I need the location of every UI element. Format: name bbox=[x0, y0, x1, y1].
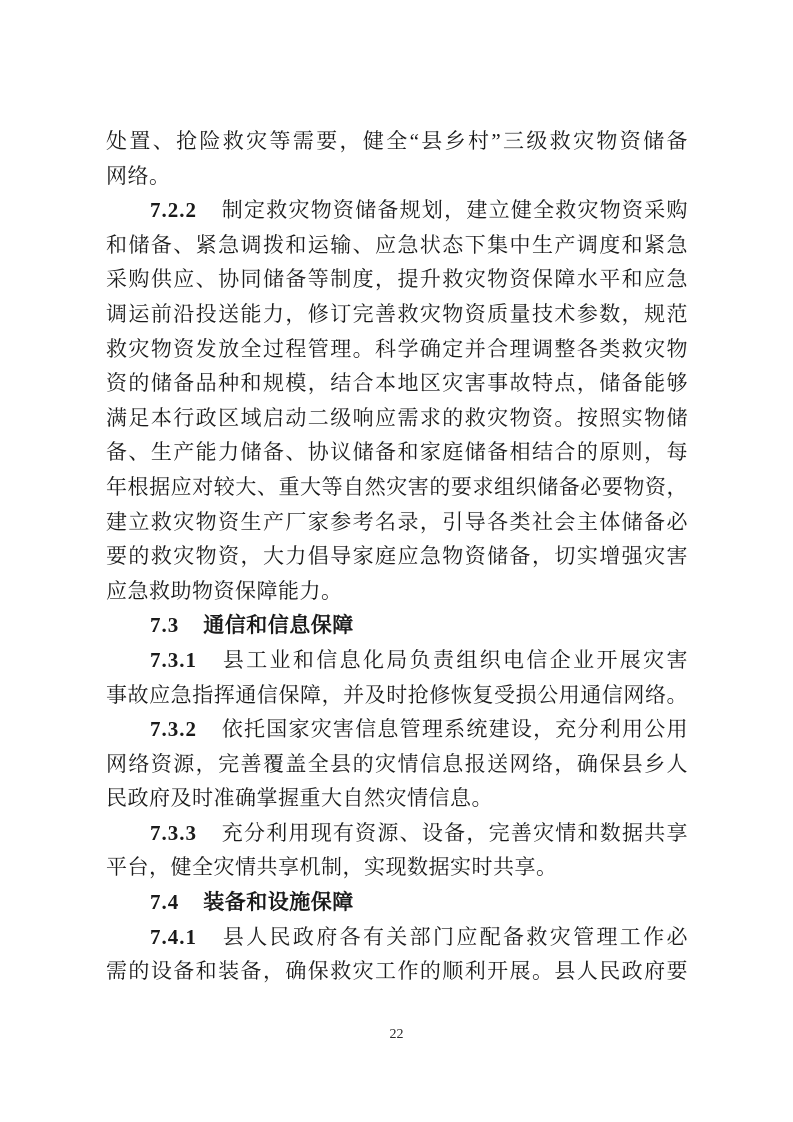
text-line: 7.3.2依托国家灾害信息管理系统建设，充分利用公用 bbox=[106, 712, 688, 747]
text-line: 建立救灾物资生产厂家参考名录，引导各类社会主体储备必 bbox=[106, 505, 688, 540]
text-line: 应急救助物资保障能力。 bbox=[106, 574, 688, 609]
line-text: 装备和设施保障 bbox=[203, 890, 354, 914]
text-line: 备、生产能力储备、协议储备和家庭储备相结合的原则，每 bbox=[106, 435, 688, 470]
text-line: 需的设备和装备，确保救灾工作的顺利开展。县人民政府要 bbox=[106, 954, 688, 989]
clause-number: 7.4 bbox=[150, 890, 179, 914]
text-line: 网络资源，完善覆盖全县的灾情信息报送网络，确保县乡人 bbox=[106, 747, 688, 782]
line-text: 年根据应对较大、重大等自然灾害的要求组织储备必要物资， bbox=[106, 475, 688, 499]
text-line: 要的救灾物资，大力倡导家庭应急物资储备，切实增强灾害 bbox=[106, 539, 688, 574]
text-line: 救灾物资发放全过程管理。科学确定并合理调整各类救灾物 bbox=[106, 332, 688, 367]
line-text: 资的储备品种和规模，结合本地区灾害事故特点，储备能够 bbox=[106, 371, 688, 395]
text-line: 年根据应对较大、重大等自然灾害的要求组织储备必要物资， bbox=[106, 470, 688, 505]
line-text: 民政府及时准确掌握重大自然灾情信息。 bbox=[106, 786, 493, 810]
text-line: 处置、抢险救灾等需要，健全“县乡村”三级救灾物资储备 bbox=[106, 124, 688, 159]
section-heading-line: 7.3通信和信息保障 bbox=[106, 608, 688, 643]
text-line: 满足本行政区域启动二级响应需求的救灾物资。按照实物储 bbox=[106, 401, 688, 436]
text-line: 调运前沿投送能力，修订完善救灾物资质量技术参数，规范 bbox=[106, 297, 688, 332]
page-number: 22 bbox=[0, 1027, 793, 1043]
text-line: 平台，健全灾情共享机制，实现数据实时共享。 bbox=[106, 850, 688, 885]
text-line: 事故应急指挥通信保障，并及时抢修恢复受损公用通信网络。 bbox=[106, 678, 688, 713]
line-text: 救灾物资发放全过程管理。科学确定并合理调整各类救灾物 bbox=[106, 337, 688, 361]
line-text: 平台，健全灾情共享机制，实现数据实时共享。 bbox=[106, 855, 558, 879]
clause-number: 7.3 bbox=[150, 613, 179, 637]
line-text: 需的设备和装备，确保救灾工作的顺利开展。县人民政府要 bbox=[106, 959, 688, 983]
line-text: 和储备、紧急调拨和运输、应急状态下集中生产调度和紧急 bbox=[106, 233, 688, 257]
line-text: 要的救灾物资，大力倡导家庭应急物资储备，切实增强灾害 bbox=[106, 544, 688, 568]
text-line: 采购供应、协同储备等制度，提升救灾物资保障水平和应急 bbox=[106, 262, 688, 297]
line-text: 依托国家灾害信息管理系统建设，充分利用公用 bbox=[221, 717, 688, 741]
clause-number: 7.2.2 bbox=[150, 198, 197, 222]
text-line: 7.3.3充分利用现有资源、设备，完善灾情和数据共享 bbox=[106, 816, 688, 851]
text-line: 网络。 bbox=[106, 159, 688, 194]
line-text: 县工业和信息化局负责组织电信企业开展灾害 bbox=[221, 648, 688, 672]
line-text: 应急救助物资保障能力。 bbox=[106, 579, 343, 603]
document-body: 处置、抢险救灾等需要，健全“县乡村”三级救灾物资储备网络。7.2.2制定救灾物资… bbox=[106, 124, 688, 989]
document-page: 处置、抢险救灾等需要，健全“县乡村”三级救灾物资储备网络。7.2.2制定救灾物资… bbox=[0, 0, 793, 1122]
line-text: 网络资源，完善覆盖全县的灾情信息报送网络，确保县乡人 bbox=[106, 752, 688, 776]
line-text: 网络。 bbox=[106, 164, 171, 188]
line-text: 通信和信息保障 bbox=[203, 613, 354, 637]
text-line: 7.2.2制定救灾物资储备规划，建立健全救灾物资采购 bbox=[106, 193, 688, 228]
line-text: 充分利用现有资源、设备，完善灾情和数据共享 bbox=[221, 821, 688, 845]
line-text: 采购供应、协同储备等制度，提升救灾物资保障水平和应急 bbox=[106, 267, 688, 291]
line-text: 制定救灾物资储备规划，建立健全救灾物资采购 bbox=[221, 198, 688, 222]
text-line: 7.3.1县工业和信息化局负责组织电信企业开展灾害 bbox=[106, 643, 688, 678]
text-line: 和储备、紧急调拨和运输、应急状态下集中生产调度和紧急 bbox=[106, 228, 688, 263]
line-text: 县人民政府各有关部门应配备救灾管理工作必 bbox=[221, 925, 688, 949]
line-text: 处置、抢险救灾等需要，健全“县乡村”三级救灾物资储备 bbox=[106, 129, 688, 153]
text-line: 7.4.1县人民政府各有关部门应配备救灾管理工作必 bbox=[106, 920, 688, 955]
clause-number: 7.3.2 bbox=[150, 717, 197, 741]
line-text: 满足本行政区域启动二级响应需求的救灾物资。按照实物储 bbox=[106, 406, 688, 430]
line-text: 事故应急指挥通信保障，并及时抢修恢复受损公用通信网络。 bbox=[106, 683, 688, 707]
clause-number: 7.3.1 bbox=[150, 648, 197, 672]
clause-number: 7.4.1 bbox=[150, 925, 197, 949]
line-text: 建立救灾物资生产厂家参考名录，引导各类社会主体储备必 bbox=[106, 510, 688, 534]
section-heading-line: 7.4装备和设施保障 bbox=[106, 885, 688, 920]
text-line: 资的储备品种和规模，结合本地区灾害事故特点，储备能够 bbox=[106, 366, 688, 401]
text-line: 民政府及时准确掌握重大自然灾情信息。 bbox=[106, 781, 688, 816]
line-text: 备、生产能力储备、协议储备和家庭储备相结合的原则，每 bbox=[106, 440, 688, 464]
line-text: 调运前沿投送能力，修订完善救灾物资质量技术参数，规范 bbox=[106, 302, 688, 326]
clause-number: 7.3.3 bbox=[150, 821, 197, 845]
